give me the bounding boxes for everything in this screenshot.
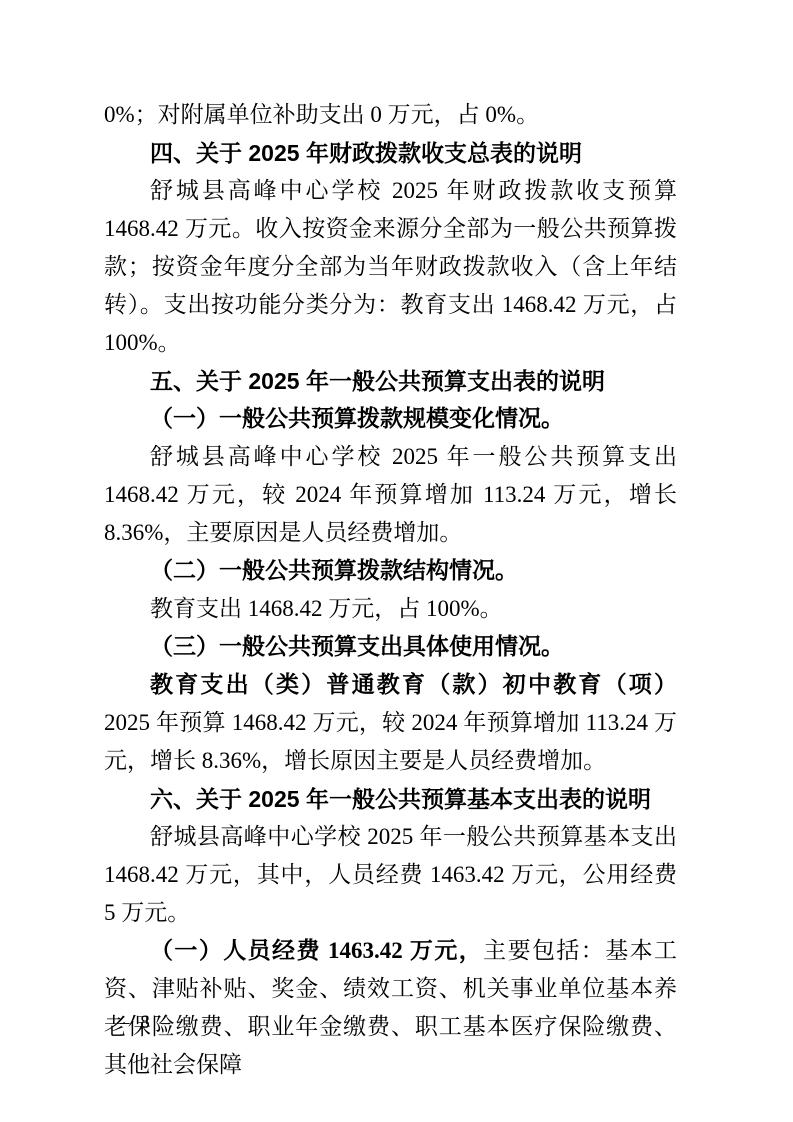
paragraph-lead-personnel-funds: （一）人员经费 1463.42 万元，	[150, 938, 483, 963]
subsection-heading-5-3: （三）一般公共预算支出具体使用情况。	[104, 628, 677, 666]
document-body: 0%；对附属单位补助支出 0 万元，占 0%。 四、关于 2025 年财政拨款收…	[104, 96, 677, 1084]
page-number: – 8 –	[120, 1012, 173, 1033]
paragraph-lead-education-categories: 教育支出（类）普通教育（款）初中教育（项）	[150, 672, 677, 697]
paragraph-personnel-funds: （一）人员经费 1463.42 万元，主要包括：基本工资、津贴补贴、奖金、绩效工…	[104, 932, 677, 1084]
page-footer: – 8 –	[120, 1010, 173, 1036]
paragraph-education-expenditure-detail: 教育支出（类）普通教育（款）初中教育（项）2025 年预算 1468.42 万元…	[104, 666, 677, 780]
paragraph-basic-expenditure-summary: 舒城县高峰中心学校 2025 年一般公共预算基本支出 1468.42 万元，其中…	[104, 818, 677, 932]
paragraph-budget-scale-change: 舒城县高峰中心学校 2025 年一般公共预算支出 1468.42 万元，较 20…	[104, 438, 677, 552]
paragraph-rest-education-detail: 2025 年预算 1468.42 万元，较 2024 年预算增加 113.24 …	[104, 710, 677, 773]
subsection-heading-5-1: （一）一般公共预算拨款规模变化情况。	[104, 400, 677, 438]
document-page: 0%；对附属单位补助支出 0 万元，占 0%。 四、关于 2025 年财政拨款收…	[0, 0, 793, 1122]
paragraph-fiscal-appropriation-summary: 舒城县高峰中心学校 2025 年财政拨款收支预算 1468.42 万元。收入按资…	[104, 172, 677, 362]
section-heading-5: 五、关于 2025 年一般公共预算支出表的说明	[104, 362, 677, 400]
section-heading-6: 六、关于 2025 年一般公共预算基本支出表的说明	[104, 780, 677, 818]
paragraph-continuation: 0%；对附属单位补助支出 0 万元，占 0%。	[104, 96, 677, 134]
subsection-heading-5-2: （二）一般公共预算拨款结构情况。	[104, 552, 677, 590]
section-heading-4: 四、关于 2025 年财政拨款收支总表的说明	[104, 134, 677, 172]
paragraph-budget-structure: 教育支出 1468.42 万元，占 100%。	[104, 590, 677, 628]
